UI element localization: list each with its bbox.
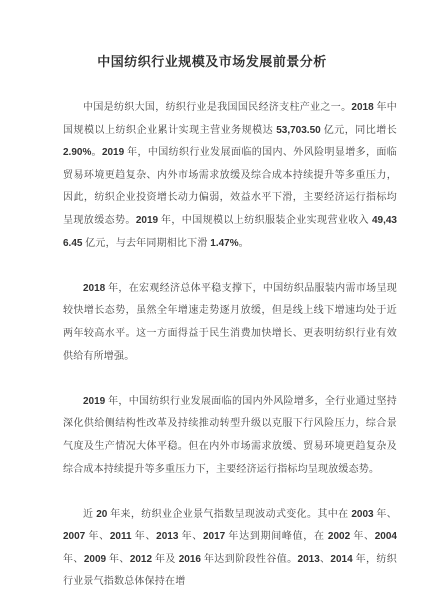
numeric-value: 2011 xyxy=(110,531,132,542)
body-paragraph-1: 中国是纺织大国，纺织行业是我国国民经济支柱产业之一。2018 年中国规模以上纺织… xyxy=(63,97,397,255)
numeric-value: 2019 xyxy=(136,215,158,226)
document-body: 中国是纺织大国，纺织行业是我国国民经济支柱产业之一。2018 年中国规模以上纺织… xyxy=(63,97,397,594)
numeric-value: 2013 xyxy=(298,554,320,565)
numeric-value: 2019 xyxy=(102,147,124,158)
body-paragraph-2: 2018 年，在宏观经济总体平稳支撑下，中国纺织品服装内需市场呈现较快增长态势，… xyxy=(63,278,397,368)
numeric-value: 2016 xyxy=(179,554,201,565)
numeric-value: 53,703.50 xyxy=(276,125,321,136)
numeric-value: 20 xyxy=(96,509,107,520)
numeric-value: 2004 xyxy=(375,531,397,542)
numeric-value: 2003 xyxy=(351,509,373,520)
numeric-value: 2009 xyxy=(84,554,106,565)
numeric-value: 1.47% xyxy=(210,238,238,249)
document-page: 中国纺织行业规模及市场发展前景分析 中国是纺织大国，纺织行业是我国国民经济支柱产… xyxy=(0,0,424,600)
page-title: 中国纺织行业规模及市场发展前景分析 xyxy=(0,0,424,71)
numeric-value: 2018 xyxy=(83,283,105,294)
numeric-value: 2002 xyxy=(328,531,350,542)
body-paragraph-4: 近 20 年来，纺织业企业景气指数呈现波动式变化。其中在 2003 年、2007… xyxy=(63,504,397,594)
numeric-value: 2018 xyxy=(351,102,373,113)
numeric-value: 2019 xyxy=(83,396,105,407)
numeric-value: 2017 xyxy=(203,531,225,542)
numeric-value: 2.90% xyxy=(63,147,91,158)
numeric-value: 2014 xyxy=(330,554,352,565)
numeric-value: 2007 xyxy=(63,531,85,542)
numeric-value: 2012 xyxy=(130,554,152,565)
body-paragraph-3: 2019 年，中国纺织行业发展面临的国内外风险增多，全行业通过坚持深化供给侧结构… xyxy=(63,391,397,481)
numeric-value: 2013 xyxy=(156,531,178,542)
